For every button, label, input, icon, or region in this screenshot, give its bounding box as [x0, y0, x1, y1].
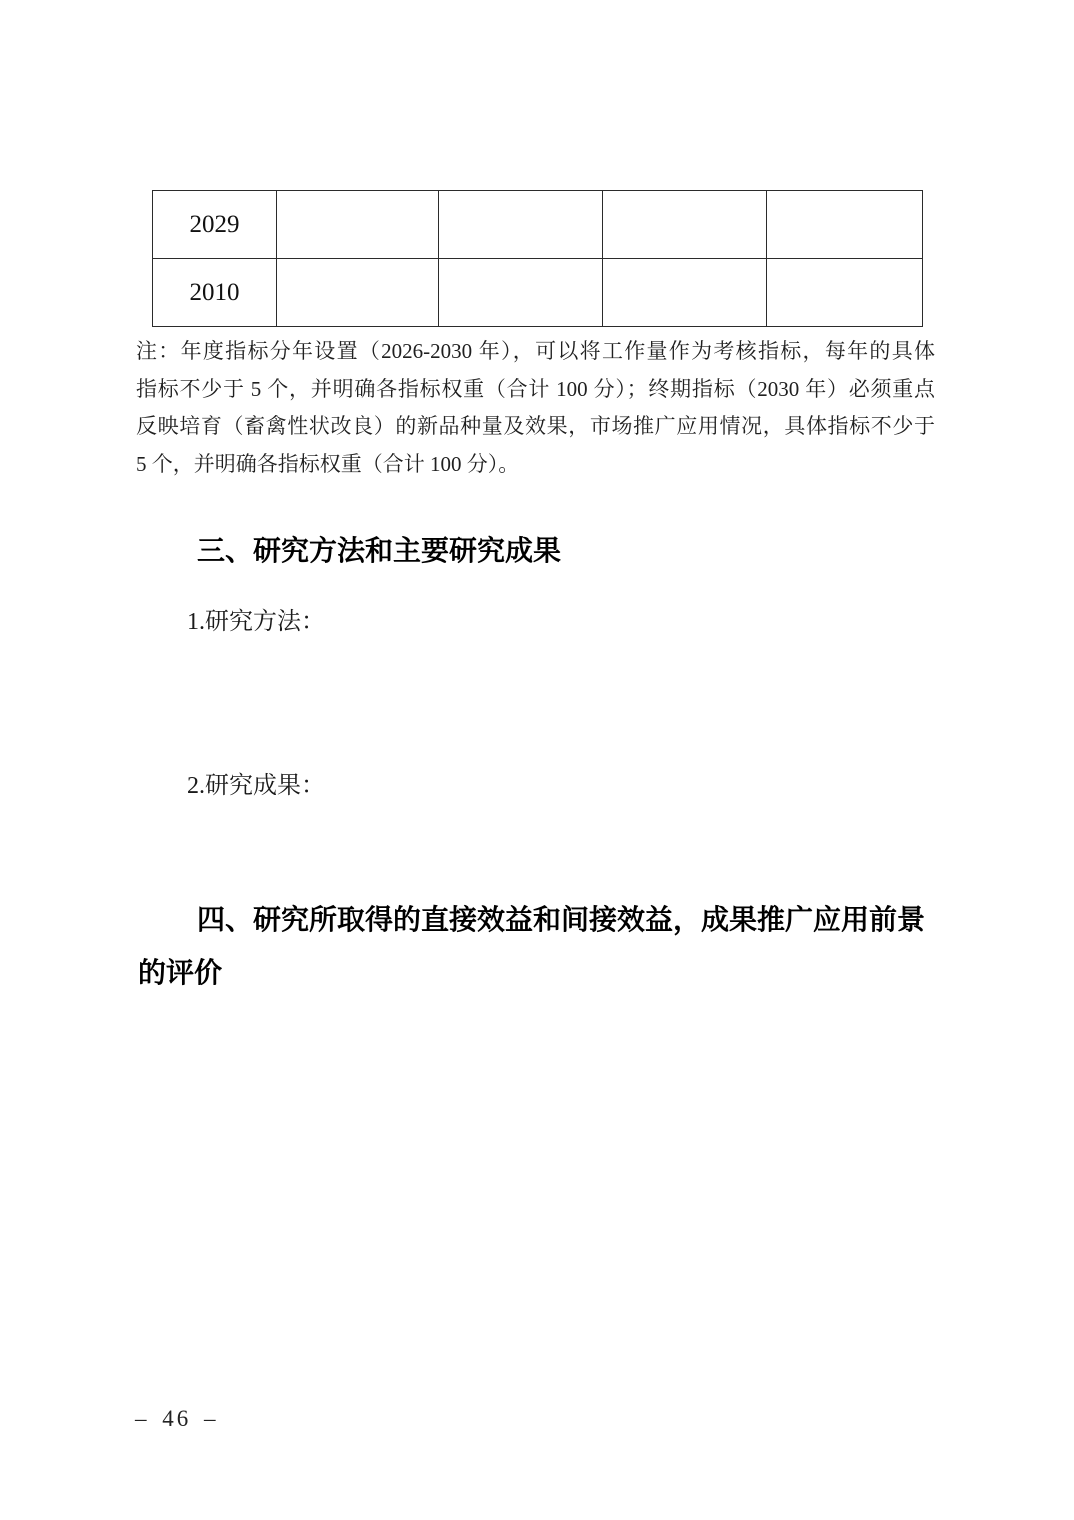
- empty-cell: [439, 191, 603, 259]
- empty-cell: [277, 259, 439, 327]
- empty-cell: [603, 259, 767, 327]
- document-page: 2029 2010 注：年度指标分年设置（2026-2030 年），可以将工作量…: [0, 0, 1074, 1520]
- table-row: 2010: [153, 259, 923, 327]
- section-four-heading-line1: 四、研究所取得的直接效益和间接效益，成果推广应用前景: [138, 893, 968, 946]
- indicator-table: 2029 2010: [152, 190, 923, 327]
- note-line: 注：年度指标分年设置（2026-2030 年），可以将工作量作为考核指标，每年的…: [136, 333, 935, 371]
- empty-cell: [277, 191, 439, 259]
- page-number: – 46 –: [135, 1406, 219, 1432]
- empty-cell: [767, 259, 923, 327]
- list-item-research-result: 2.研究成果：: [187, 765, 325, 800]
- note-line: 指标不少于 5 个，并明确各指标权重（合计 100 分）；终期指标（2030 年…: [136, 371, 935, 409]
- note-line: 5 个，并明确各指标权重（合计 100 分）。: [136, 446, 935, 484]
- list-item-research-method: 1.研究方法：: [187, 601, 325, 636]
- empty-cell: [603, 191, 767, 259]
- note-paragraph: 注：年度指标分年设置（2026-2030 年），可以将工作量作为考核指标，每年的…: [136, 333, 935, 483]
- year-cell: 2010: [153, 259, 277, 327]
- section-four-heading: 四、研究所取得的直接效益和间接效益，成果推广应用前景 的评价: [138, 893, 968, 999]
- section-three-heading: 三、研究方法和主要研究成果: [197, 529, 561, 569]
- empty-cell: [439, 259, 603, 327]
- year-cell: 2029: [153, 191, 277, 259]
- empty-cell: [767, 191, 923, 259]
- section-four-heading-line2: 的评价: [138, 946, 968, 999]
- note-line: 反映培育（畜禽性状改良）的新品种量及效果，市场推广应用情况，具体指标不少于: [136, 408, 935, 446]
- table-row: 2029: [153, 191, 923, 259]
